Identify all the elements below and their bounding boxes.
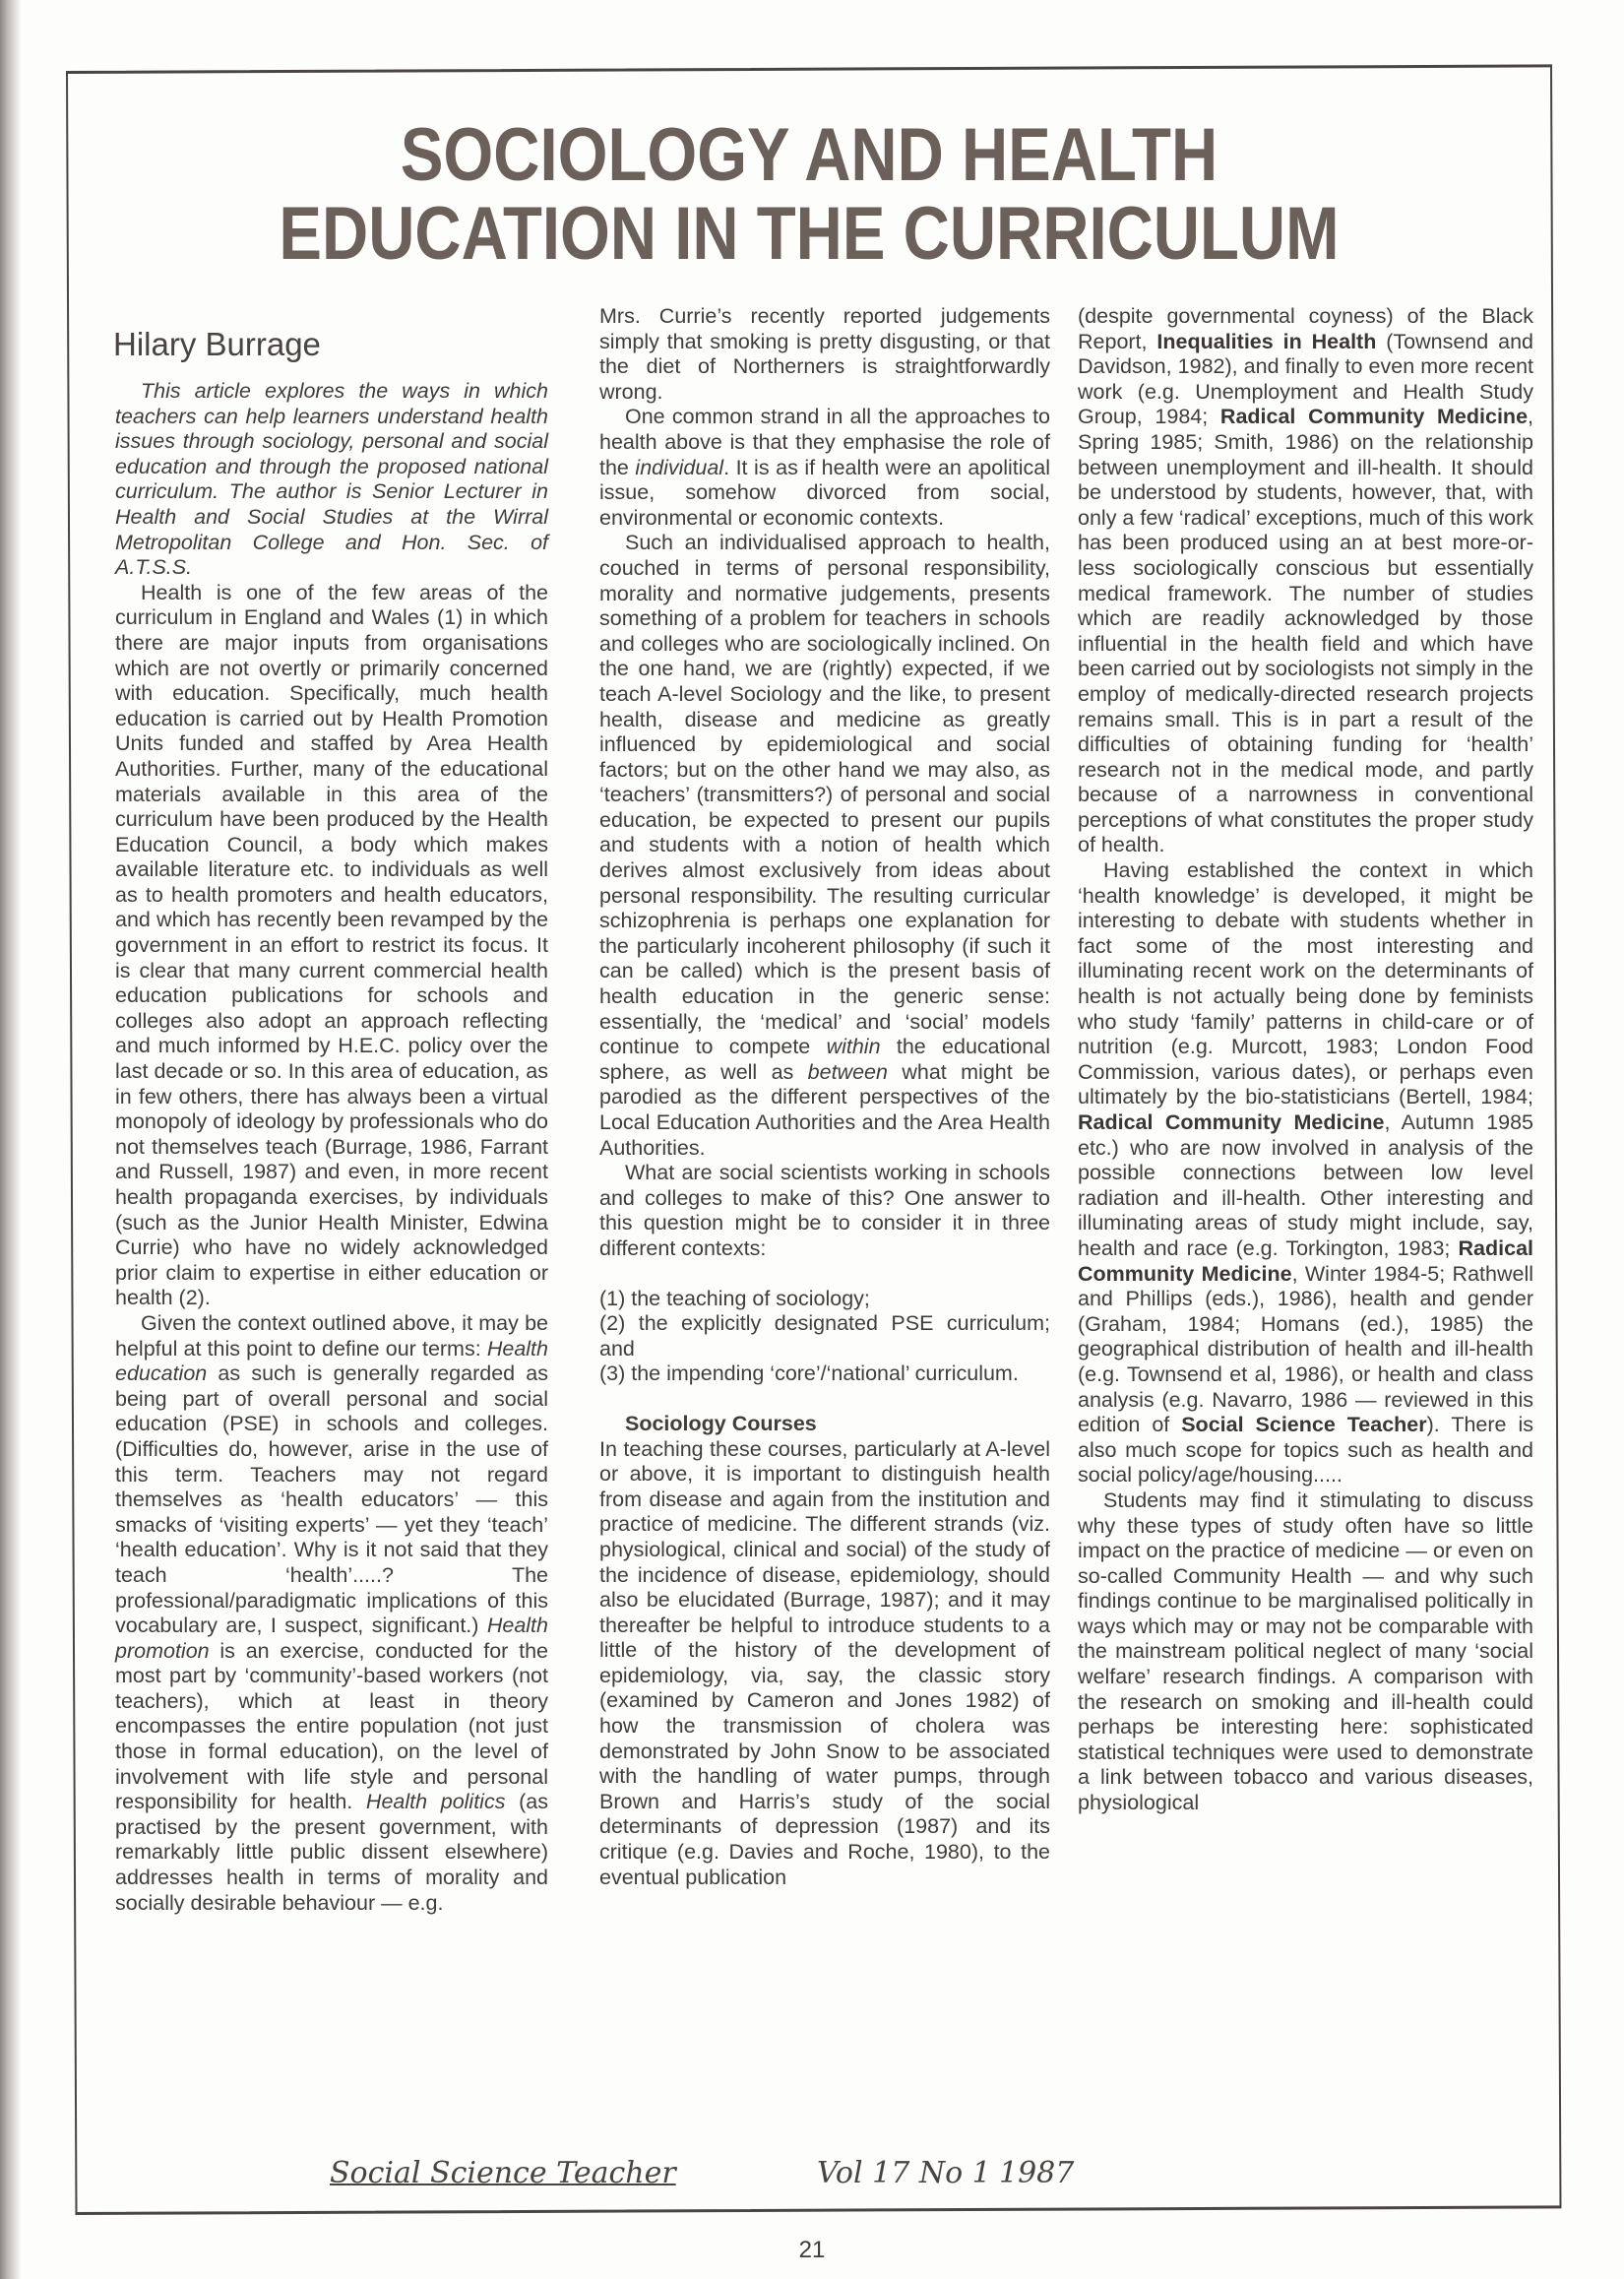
page-number: 21: [0, 2237, 1624, 2264]
column-1: Hilary Burrage This article explores the…: [115, 325, 548, 1916]
list-item: (1) the teaching of sociology;: [599, 1287, 1050, 1312]
paragraph: Having established the context in which …: [1078, 858, 1533, 1488]
paragraph: Mrs. Currie’s recently reported judgemen…: [599, 304, 1050, 405]
handwritten-year: 1987: [999, 2156, 1074, 2190]
spacer: [599, 1262, 1050, 1287]
cited-title: Social Science Teacher: [1181, 1413, 1426, 1436]
column-3: (despite governmental coyness) of the Bl…: [1078, 304, 1533, 1816]
cited-title: Radical Community Medicine: [1220, 405, 1528, 428]
paragraph: Health is one of the few areas of the cu…: [115, 581, 548, 1311]
list-item: (2) the explicitly designated PSE curric…: [599, 1311, 1050, 1361]
emphasis-term: individual: [635, 456, 723, 479]
paragraph: In teaching these courses, particularly …: [599, 1437, 1050, 1891]
paragraph: (despite governmental coyness) of the Bl…: [1078, 304, 1533, 858]
author-name: Hilary Burrage: [113, 325, 548, 364]
contexts-list: (1) the teaching of sociology; (2) the e…: [599, 1287, 1050, 1387]
paragraph: Students may find it stimulating to disc…: [1078, 1488, 1533, 1816]
column-2: Mrs. Currie’s recently reported judgemen…: [599, 304, 1050, 1890]
title-line-2: EDUCATION IN THE CURRICULUM: [170, 195, 1449, 274]
emphasis-term: between: [808, 1060, 888, 1084]
section-heading: Sociology Courses: [599, 1412, 1050, 1437]
paragraph: Given the context outlined above, it may…: [115, 1311, 548, 1916]
title-line-1: SOCIOLOGY AND HEALTH: [170, 116, 1449, 195]
paragraph: One common strand in all the approaches …: [599, 405, 1050, 531]
page-binding-shadow: [0, 0, 22, 2279]
abstract: This article explores the ways in which …: [115, 379, 548, 581]
list-item: (3) the impending ‘core’/‘national’ curr…: [599, 1361, 1050, 1387]
paragraph: What are social scientists working in sc…: [599, 1161, 1050, 1261]
cited-title: Inequalities in Health: [1156, 330, 1376, 353]
article-title: SOCIOLOGY AND HEALTH EDUCATION IN THE CU…: [66, 116, 1552, 274]
handwritten-journal-name: Social Science Teacher: [330, 2156, 676, 2190]
cited-title: Radical Community Medicine: [1078, 1110, 1385, 1134]
handwritten-volume: Vol 17 No 1: [817, 2156, 991, 2190]
handwritten-citation: Social Science Teacher Vol 17 No 1 1987: [330, 2156, 1216, 2200]
emphasis-term: Health politics: [366, 1790, 506, 1813]
spacer: [599, 1387, 1050, 1412]
emphasis-term: within: [827, 1035, 881, 1058]
paragraph: Such an individualised approach to healt…: [599, 531, 1050, 1161]
